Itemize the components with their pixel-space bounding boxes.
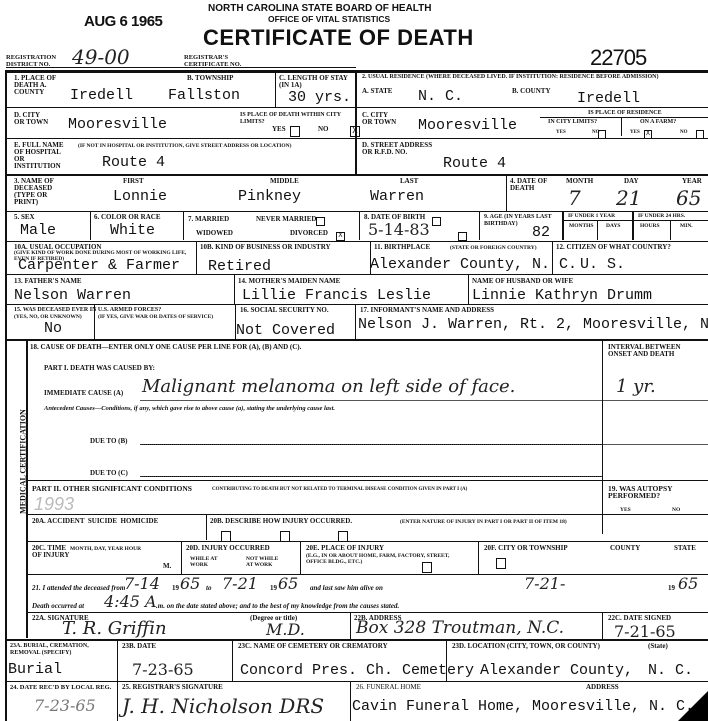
within-city-no-checkbox[interactable]: X: [350, 126, 360, 137]
never-married-checkbox[interactable]: [432, 217, 441, 226]
last-saw-year-field[interactable]: 65: [678, 574, 698, 593]
citizen-label: 12. Citizen of What Country?: [556, 244, 671, 251]
autopsy-no-label: No: [672, 507, 680, 513]
birthplace-field[interactable]: Alexander County, N. C.: [370, 256, 577, 273]
birthplace-note: (State or foreign country): [450, 245, 537, 251]
township-label: b. Township: [187, 75, 233, 82]
registration-district-label: Registration District No.: [6, 54, 66, 68]
divider: [602, 341, 603, 534]
divider: [359, 212, 360, 240]
length-of-stay-field[interactable]: 30 yrs.: [288, 89, 351, 106]
medical-certification-side-label: MEDICAL CERTIFICATION: [20, 387, 27, 537]
under-1-year-label: If under 1 year: [568, 213, 615, 219]
father-field[interactable]: Nelson Warren: [14, 287, 131, 304]
informant-field[interactable]: Nelson J. Warren, Rt. 2, Mooresville, N.…: [358, 316, 708, 333]
divider: [196, 242, 197, 274]
place-of-injury-label: 20e. Place of Injury: [306, 545, 384, 552]
mother-field[interactable]: Lillie Francis Leslie: [242, 287, 431, 304]
death-month-field[interactable]: 7: [568, 186, 581, 210]
death-month-label: Month: [566, 178, 593, 185]
attended-to-label: to: [206, 585, 211, 592]
death-year-field[interactable]: 65: [676, 186, 701, 210]
in-city-limits-label: In City Limits?: [548, 119, 597, 126]
attended-to-year-field[interactable]: 65: [278, 574, 298, 593]
divider: [6, 681, 708, 682]
interval-field[interactable]: 1 yr.: [616, 376, 656, 397]
divider: [6, 67, 356, 68]
divider: [506, 175, 507, 211]
ssn-label: 16. Social Security No.: [240, 307, 329, 314]
age-label: 9. Age (In years last birthday): [484, 214, 564, 228]
armed-forces-label: 15. Was Deceased Ever in U.S. Armed Forc…: [14, 307, 161, 314]
part1-label: Part I. Death was caused by:: [44, 365, 155, 372]
on-farm-yes-label: Yes: [630, 129, 640, 136]
stamp-date: AUG 6 1965: [84, 13, 162, 30]
city-limits-no-label: No: [592, 129, 600, 136]
on-farm-label: On a Farm?: [640, 119, 676, 126]
divider: [6, 304, 708, 305]
due-to-c-field[interactable]: [140, 476, 602, 477]
business-field[interactable]: Retired: [208, 258, 271, 275]
middle-name-field[interactable]: Pinkney: [238, 188, 301, 205]
divider: [234, 275, 235, 304]
place-of-death-label: 1. Place of Death a. County: [14, 75, 74, 96]
cemetery-field[interactable]: Concord Pres. Ch. Cemetery: [240, 662, 474, 679]
dob-field[interactable]: 5-14-83: [368, 220, 430, 239]
date-signed-label: 22c. Date Signed: [608, 615, 671, 622]
divider: [90, 212, 91, 240]
death-year-label: Year: [682, 178, 702, 185]
middle-name-label: Middle: [270, 178, 299, 185]
time-of-injury-m: M.: [163, 563, 171, 570]
physician-signature-field[interactable]: T. R. Griffin: [62, 618, 167, 639]
burial-label: 23a. Burial, Cremation, Removal (Specify…: [10, 643, 116, 657]
divider: [621, 118, 622, 136]
immediate-cause-field[interactable]: Malignant melanoma on left side of face.: [142, 376, 515, 397]
on-farm-no-label: No: [680, 129, 688, 136]
deceased-name-label: 3. Name of Deceased (Type or Print): [14, 178, 69, 206]
attended-from-year-prefix: 19: [172, 585, 179, 592]
death-county-field[interactable]: Iredell: [70, 87, 133, 104]
attended-label: 21. I attended the deceased from: [32, 585, 125, 592]
occupation-field[interactable]: Carpenter & Farmer: [18, 257, 180, 274]
certificate-number: 22705: [590, 45, 646, 71]
informant-label: 17. Informant's Name and Address: [360, 307, 494, 314]
divider: [6, 107, 356, 108]
injury-occurred-label: 20d. Injury Occurred: [186, 545, 270, 552]
funeral-home-label: 26. Funeral Home: [356, 684, 421, 691]
funeral-address-label: Address: [586, 684, 619, 691]
funeral-home-field[interactable]: Cavin Funeral Home, Mooresville, N. C.: [352, 698, 694, 715]
divider: [355, 72, 357, 174]
divider: [603, 444, 708, 445]
divider: [478, 542, 479, 574]
divider: [183, 212, 184, 240]
sex-label: 5. Sex: [14, 214, 35, 221]
attended-from-field[interactable]: 7-14: [124, 574, 160, 593]
date-received-label: 24. Date Rec'd by Local Reg.: [10, 684, 116, 691]
widowed-checkbox[interactable]: X: [336, 232, 345, 241]
injury-description-label: 20b. Describe How Injury Occurred.: [210, 518, 352, 525]
widowed-label: Widowed: [196, 230, 233, 237]
death-time-field[interactable]: 4:45 A: [104, 592, 157, 611]
divider: [6, 274, 708, 275]
divider: [597, 220, 598, 240]
autopsy-yes-label: Yes: [620, 507, 631, 513]
office-name: Office of Vital Statistics: [268, 14, 390, 24]
immediate-cause-label: Immediate Cause (a): [44, 390, 123, 397]
last-name-field[interactable]: Warren: [370, 188, 424, 205]
mother-label: 14. Mother's Maiden Name: [238, 278, 340, 285]
divider: [350, 613, 351, 639]
spouse-field[interactable]: Linnie Kathryn Drumm: [472, 287, 652, 304]
length-of-stay-label: c. Length of Stay (in 1a): [279, 75, 349, 89]
burial-date-label: 23b. Date: [122, 643, 156, 650]
residence-county-field[interactable]: Iredell: [577, 90, 640, 107]
min-label: Min.: [680, 223, 693, 229]
time-of-injury-label: 20c. Time of Injury: [32, 545, 72, 559]
divider: [27, 612, 708, 613]
death-day-label: Day: [624, 178, 639, 185]
first-name-field[interactable]: Lonnie: [113, 188, 167, 205]
accident-label: 20a. Accident Suicide Homicide: [32, 518, 158, 525]
usual-residence-label: 2. Usual Residence (Where deceased lived…: [362, 74, 659, 81]
place-of-residence-label: Is Place of Residence: [588, 110, 662, 117]
not-while-at-work-label: Not While at Work: [246, 556, 284, 568]
burial-state-label: (State): [648, 643, 668, 650]
on-farm-yes-checkbox[interactable]: [696, 130, 704, 139]
divider: [206, 515, 207, 540]
injury-description-note: (Enter nature of injury in Part I or Par…: [400, 519, 567, 525]
date-of-death-label: 4. Date of Death: [510, 178, 555, 192]
months-label: Months: [569, 223, 593, 229]
while-at-work-label: While at Work: [190, 556, 220, 568]
race-field[interactable]: White: [110, 222, 155, 239]
injury-state-label: State: [674, 545, 696, 552]
divider: [27, 541, 708, 542]
residence-city-field[interactable]: Mooresville: [418, 117, 517, 134]
not-while-at-work-checkbox[interactable]: [496, 558, 506, 569]
divider: [6, 241, 708, 242]
part2-label: Part II. Other Significant Conditions: [32, 485, 192, 492]
divider: [6, 138, 356, 139]
due-to-b-label: Due to (b): [90, 438, 127, 445]
divider: [603, 400, 708, 401]
attended-from-year-field[interactable]: 65: [180, 574, 200, 593]
date-received-field[interactable]: 7-23-65: [34, 696, 96, 715]
armed-forces-war-note: (If yes, give war or dates of service): [98, 314, 213, 320]
due-to-c-label: Due to (c): [90, 470, 128, 477]
divider: [6, 211, 708, 212]
divorced-label: Divorced: [290, 230, 328, 237]
township-field[interactable]: Fallston: [168, 87, 240, 104]
citizen-field[interactable]: U. S.: [580, 256, 625, 273]
residence-state-field[interactable]: N. C.: [418, 88, 463, 105]
registrar-certificate-label: Registrar's Certificate No.: [184, 54, 274, 68]
city-limits-yes-label: Yes: [556, 129, 566, 136]
hospital-label: e. Full Name of Hospital or Institution: [14, 142, 69, 170]
cause-header: 18. Cause of Death—Enter only one cause …: [30, 344, 301, 351]
burial-date-field[interactable]: 7-23-65: [132, 660, 194, 679]
degree-field[interactable]: M.D.: [266, 620, 305, 639]
divider: [27, 480, 708, 481]
city-of-death-field[interactable]: Mooresville: [68, 116, 167, 133]
residence-county-label: b. County: [512, 88, 551, 95]
page-corner-fold: [678, 691, 708, 721]
agency-name: NORTH CAROLINA STATE BOARD OF HEALTH: [208, 3, 432, 14]
divider: [6, 639, 708, 641]
last-name-label: Last: [400, 178, 418, 185]
burial-field[interactable]: Burial: [8, 661, 62, 678]
residence-city-label: c. City or Town: [362, 112, 397, 126]
street-address-field[interactable]: Route 4: [443, 155, 506, 172]
autopsy-label: 19. Was Autopsy Performed?: [608, 485, 678, 499]
street-address-label: d. Street Address or R.F.D. No.: [362, 142, 437, 156]
registrar-signature-field[interactable]: J. H. Nicholson DRS: [122, 694, 324, 718]
ssn-field[interactable]: Not Covered: [236, 322, 335, 339]
hours-label: Hours: [640, 223, 660, 229]
divider: [181, 542, 182, 574]
death-occurred-suffix: .m. on the date stated above; and to the…: [156, 603, 399, 610]
spouse-label: Name of Husband or Wife: [472, 278, 573, 285]
physician-address-field[interactable]: Box 328 Troutman, N.C.: [356, 618, 564, 638]
divider: [468, 275, 469, 304]
never-married-label: Never Married: [256, 216, 316, 223]
divider: [564, 220, 708, 221]
divider: [357, 107, 708, 108]
part2-note: Contributing to death but not related to…: [212, 487, 467, 493]
last-saw-year-prefix: 19: [668, 585, 675, 592]
divider: [355, 305, 356, 339]
divider: [27, 514, 708, 515]
interval-label: Interval Between Onset and Death: [608, 344, 704, 358]
burial-state-field[interactable]: N. C.: [648, 662, 693, 679]
armed-forces-field[interactable]: No: [44, 320, 62, 337]
registrar-signature-label: 25. Registrar's Signature: [122, 684, 223, 691]
residence-state-label: a. State: [362, 88, 392, 95]
married-label: 7. Married: [188, 216, 229, 223]
married-checkbox[interactable]: [316, 217, 325, 226]
within-city-yes-label: Yes: [272, 126, 286, 133]
days-label: Days: [606, 223, 620, 229]
divider: [357, 138, 708, 139]
sex-field[interactable]: Male: [20, 222, 56, 239]
part2-field[interactable]: 1993: [34, 494, 74, 515]
attended-to-year-prefix: 19: [270, 585, 277, 592]
divider: [670, 220, 671, 240]
attended-to-field[interactable]: 7-21: [222, 574, 258, 593]
birthplace-label: 11. Birthplace: [374, 244, 430, 251]
within-city-yes-checkbox[interactable]: [290, 126, 300, 137]
divider: [350, 681, 351, 721]
divider: [140, 400, 602, 401]
divider: [632, 212, 634, 240]
hospital-field[interactable]: Route 4: [102, 154, 165, 171]
divider: [232, 641, 233, 681]
city-of-death-label: d. City or Town: [14, 112, 49, 126]
divider: [602, 613, 603, 639]
under-24-hrs-label: If under 24 hrs.: [638, 213, 685, 219]
business-label: 10b. Kind of Business or Industry: [200, 244, 331, 251]
age-field[interactable]: 82: [532, 224, 550, 241]
injury-county-label: County: [610, 545, 640, 552]
divider: [540, 117, 708, 118]
hospital-note: (If not in hospital or institution, give…: [78, 143, 291, 149]
death-occurred-label: Death occurred at: [32, 603, 84, 610]
within-city-no-label: No: [318, 126, 329, 133]
within-city-label: Is Place of Death Within City Limits?: [240, 112, 350, 126]
first-name-label: First: [123, 178, 144, 185]
antecedent-causes-label: Antecedent Causes—Conditions, if any, wh…: [44, 405, 335, 412]
father-label: 13. Father's Name: [14, 278, 82, 285]
last-saw-field[interactable]: 7-21-: [524, 574, 565, 593]
death-day-field[interactable]: 21: [616, 186, 641, 210]
last-saw-label: and last saw him alive on: [310, 585, 383, 592]
race-label: 6. Color or Race: [94, 214, 161, 221]
divider: [6, 174, 708, 176]
divider: [275, 72, 276, 107]
cemetery-label: 23c. Name of Cemetery or Crematory: [238, 643, 388, 650]
city-township-label: 20f. City or Township: [484, 545, 568, 552]
place-of-injury-note: (e.g., in or about home, farm, factory, …: [306, 553, 471, 565]
due-to-b-field[interactable]: [140, 444, 602, 445]
divorced-checkbox[interactable]: [458, 232, 467, 241]
divider: [300, 542, 301, 574]
page-title: CERTIFICATE OF DEATH: [203, 25, 474, 51]
time-of-injury-note: Month, Day, Year Hour: [70, 546, 141, 552]
city-limits-no-checkbox[interactable]: X: [644, 130, 652, 139]
registration-district-value: 49-00: [72, 45, 130, 69]
location-label: 23d. Location (City, town, or county): [452, 643, 600, 650]
location-field[interactable]: Alexander County,: [480, 662, 633, 679]
divider: [479, 212, 480, 240]
